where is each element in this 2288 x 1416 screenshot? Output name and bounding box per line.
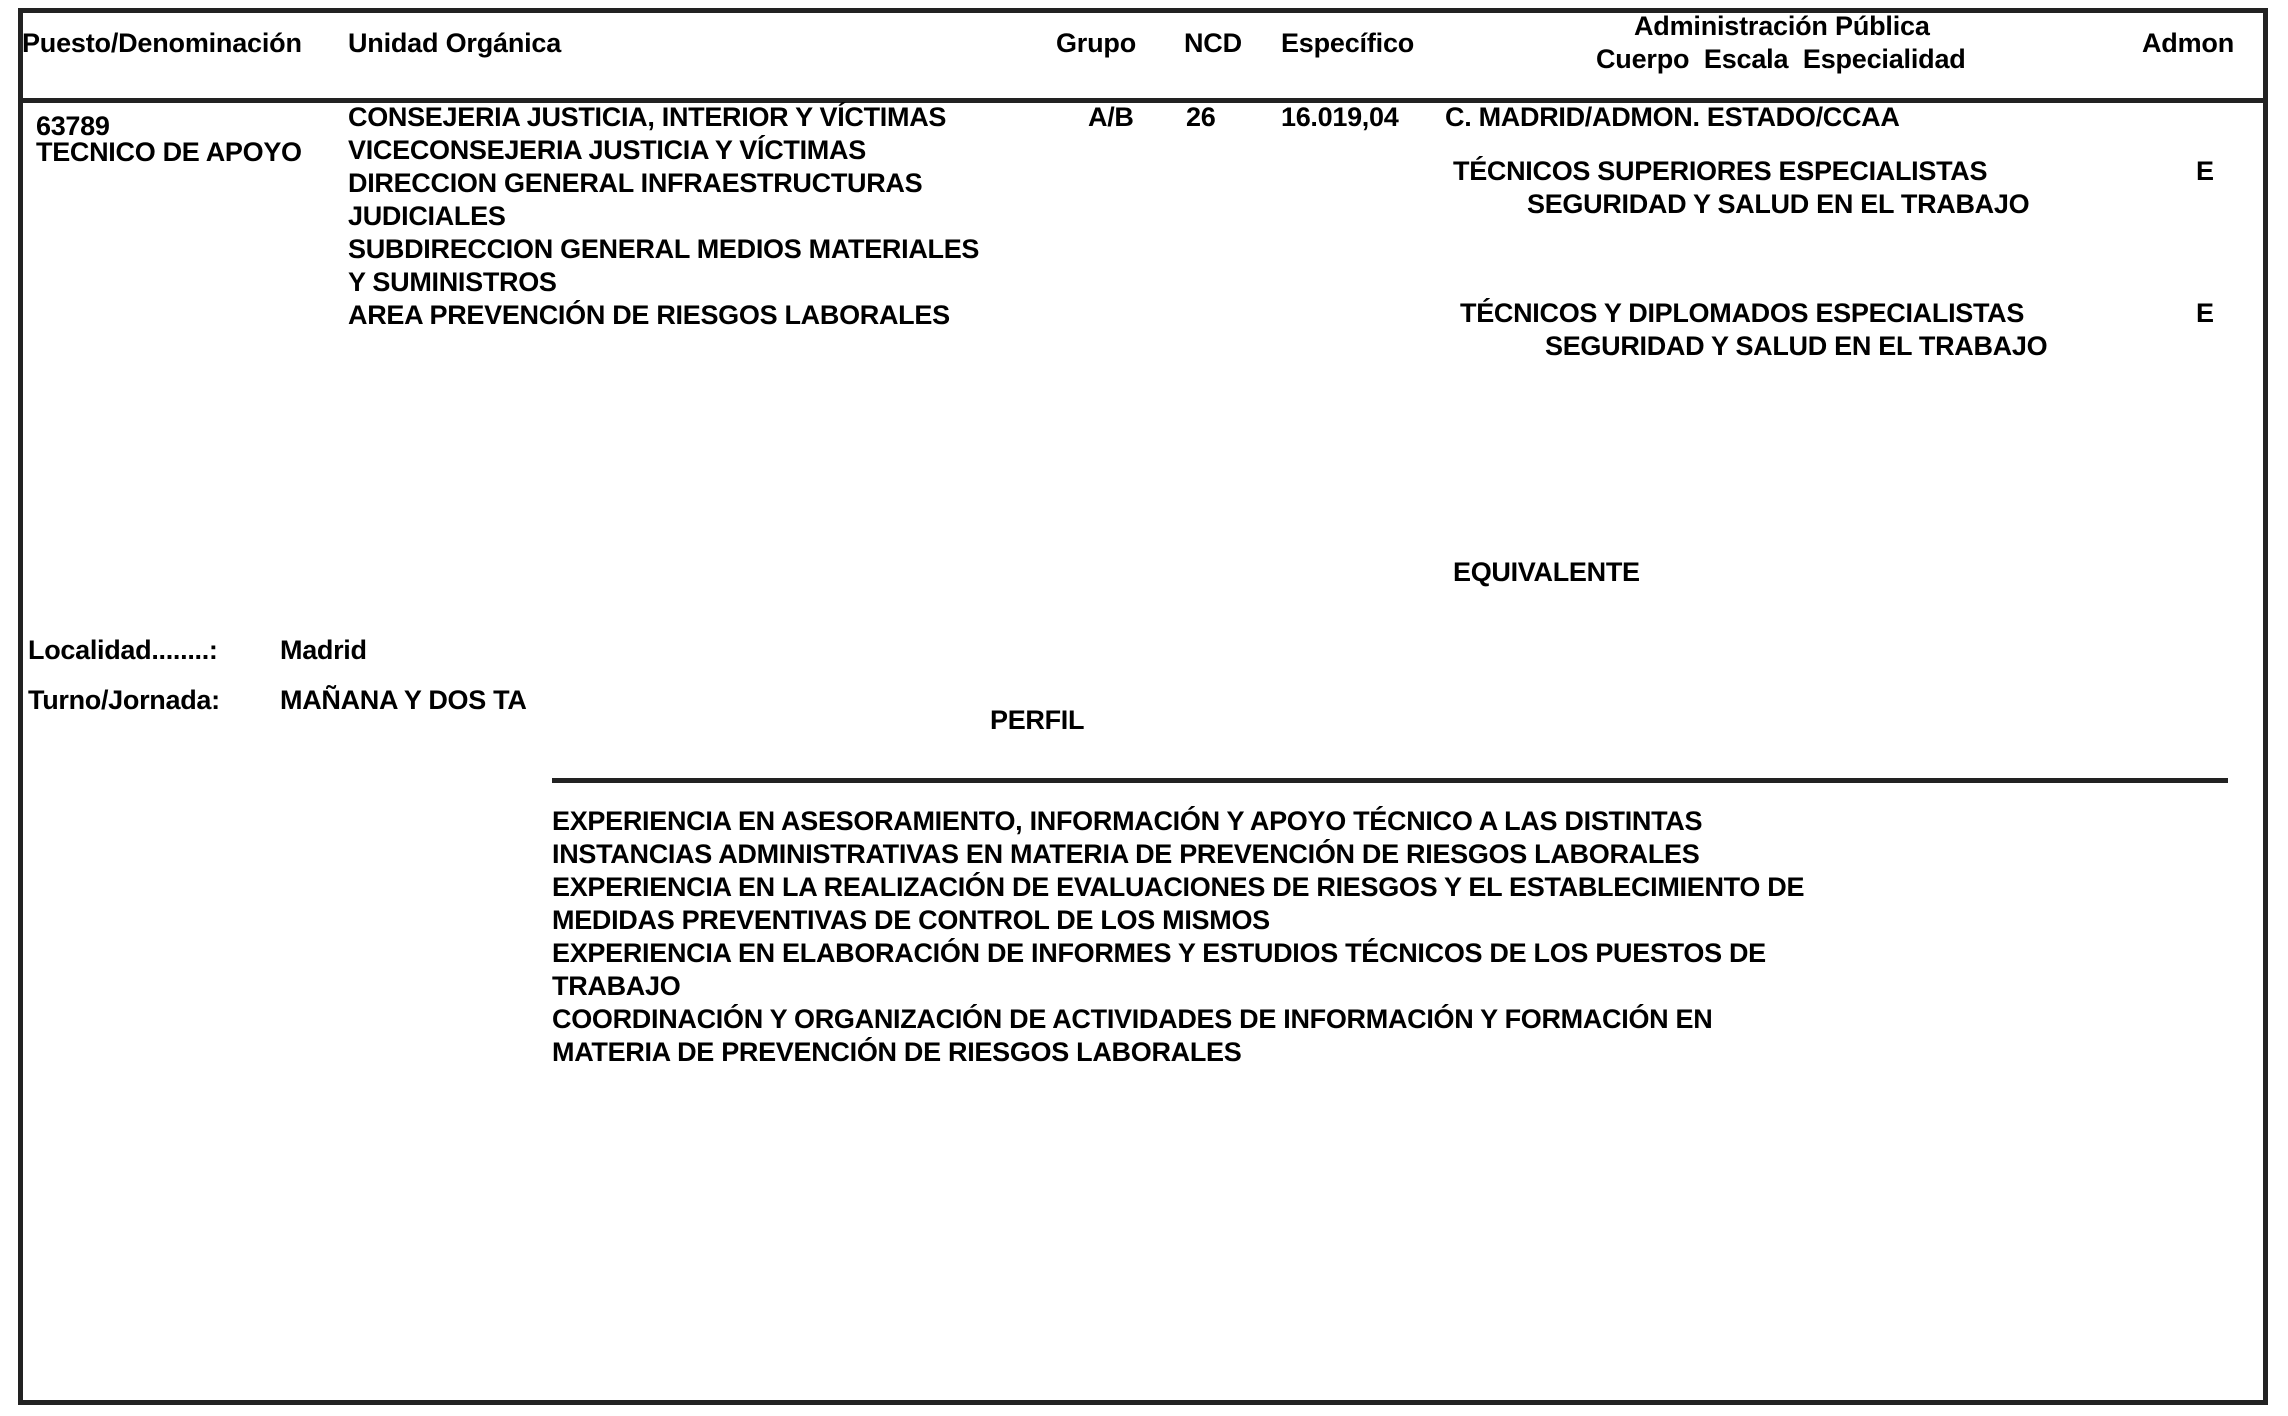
unidad-organica-line: SUBDIRECCION GENERAL MEDIOS MATERIALES [348, 236, 979, 269]
especialidad-1: SEGURIDAD Y SALUD EN EL TRABAJO [1527, 191, 2029, 218]
perfil-line: MATERIA DE PREVENCIÓN DE RIESGOS LABORAL… [552, 1039, 1804, 1072]
header-puesto: Puesto/Denominación [22, 30, 302, 57]
cuerpo-2: TÉCNICOS Y DIPLOMADOS ESPECIALISTAS [1460, 300, 2024, 327]
ncd-value: 26 [1186, 104, 1215, 131]
perfil-rule [552, 778, 2228, 783]
unidad-organica-line: JUDICIALES [348, 203, 979, 236]
header-unidad-organica: Unidad Orgánica [348, 30, 561, 57]
perfil-line: MEDIDAS PREVENTIVAS DE CONTROL DE LOS MI… [552, 907, 1804, 940]
header-ncd: NCD [1184, 30, 1242, 57]
admon-1: E [2196, 158, 2214, 185]
grupo-value: A/B [1088, 104, 1134, 131]
unidad-organica-line: VICECONSEJERIA JUSTICIA Y VÍCTIMAS [348, 137, 979, 170]
perfil-line: EXPERIENCIA EN LA REALIZACIÓN DE EVALUAC… [552, 874, 1804, 907]
especifico-value: 16.019,04 [1281, 104, 1398, 131]
localidad-value: Madrid [280, 637, 367, 664]
header-grupo: Grupo [1056, 30, 1136, 57]
unidad-organica-line: DIRECCION GENERAL INFRAESTRUCTURAS [348, 170, 979, 203]
unidad-organica-line: AREA PREVENCIÓN DE RIESGOS LABORALES [348, 302, 979, 335]
cuerpo-1: TÉCNICOS SUPERIORES ESPECIALISTAS [1453, 158, 1987, 185]
turno-value: MAÑANA Y DOS TA [280, 687, 527, 714]
perfil-heading: PERFIL [990, 707, 1084, 734]
especialidad-2: SEGURIDAD Y SALUD EN EL TRABAJO [1545, 333, 2047, 360]
header-especifico: Específico [1281, 30, 1414, 57]
perfil-line: EXPERIENCIA EN ELABORACIÓN DE INFORMES Y… [552, 940, 1804, 973]
perfil-line: COORDINACIÓN Y ORGANIZACIÓN DE ACTIVIDAD… [552, 1006, 1804, 1039]
equivalente-label: EQUIVALENTE [1453, 559, 1640, 586]
localidad-label: Localidad........: [28, 637, 218, 664]
header-cuerpo-escala-especialidad: Cuerpo Escala Especialidad [1596, 46, 1966, 73]
administracion-value: C. MADRID/ADMON. ESTADO/CCAA [1445, 104, 1900, 131]
unidad-organica-line: CONSEJERIA JUSTICIA, INTERIOR Y VÍCTIMAS [348, 104, 979, 137]
unidad-organica-line: Y SUMINISTROS [348, 269, 979, 302]
unidad-organica-lines: CONSEJERIA JUSTICIA, INTERIOR Y VÍCTIMAS… [348, 104, 979, 335]
header-administracion-publica: Administración Pública [1634, 13, 1930, 40]
perfil-line: INSTANCIAS ADMINISTRATIVAS EN MATERIA DE… [552, 841, 1804, 874]
admon-2: E [2196, 300, 2214, 327]
perfil-line: EXPERIENCIA EN ASESORAMIENTO, INFORMACIÓ… [552, 808, 1804, 841]
header-admon: Admon [2142, 30, 2234, 57]
puesto-codigo: 63789 [36, 113, 110, 140]
perfil-lines: EXPERIENCIA EN ASESORAMIENTO, INFORMACIÓ… [552, 808, 1804, 1072]
perfil-line: TRABAJO [552, 973, 1804, 1006]
turno-label: Turno/Jornada: [28, 687, 220, 714]
puesto-denominacion: TECNICO DE APOYO [36, 139, 302, 166]
